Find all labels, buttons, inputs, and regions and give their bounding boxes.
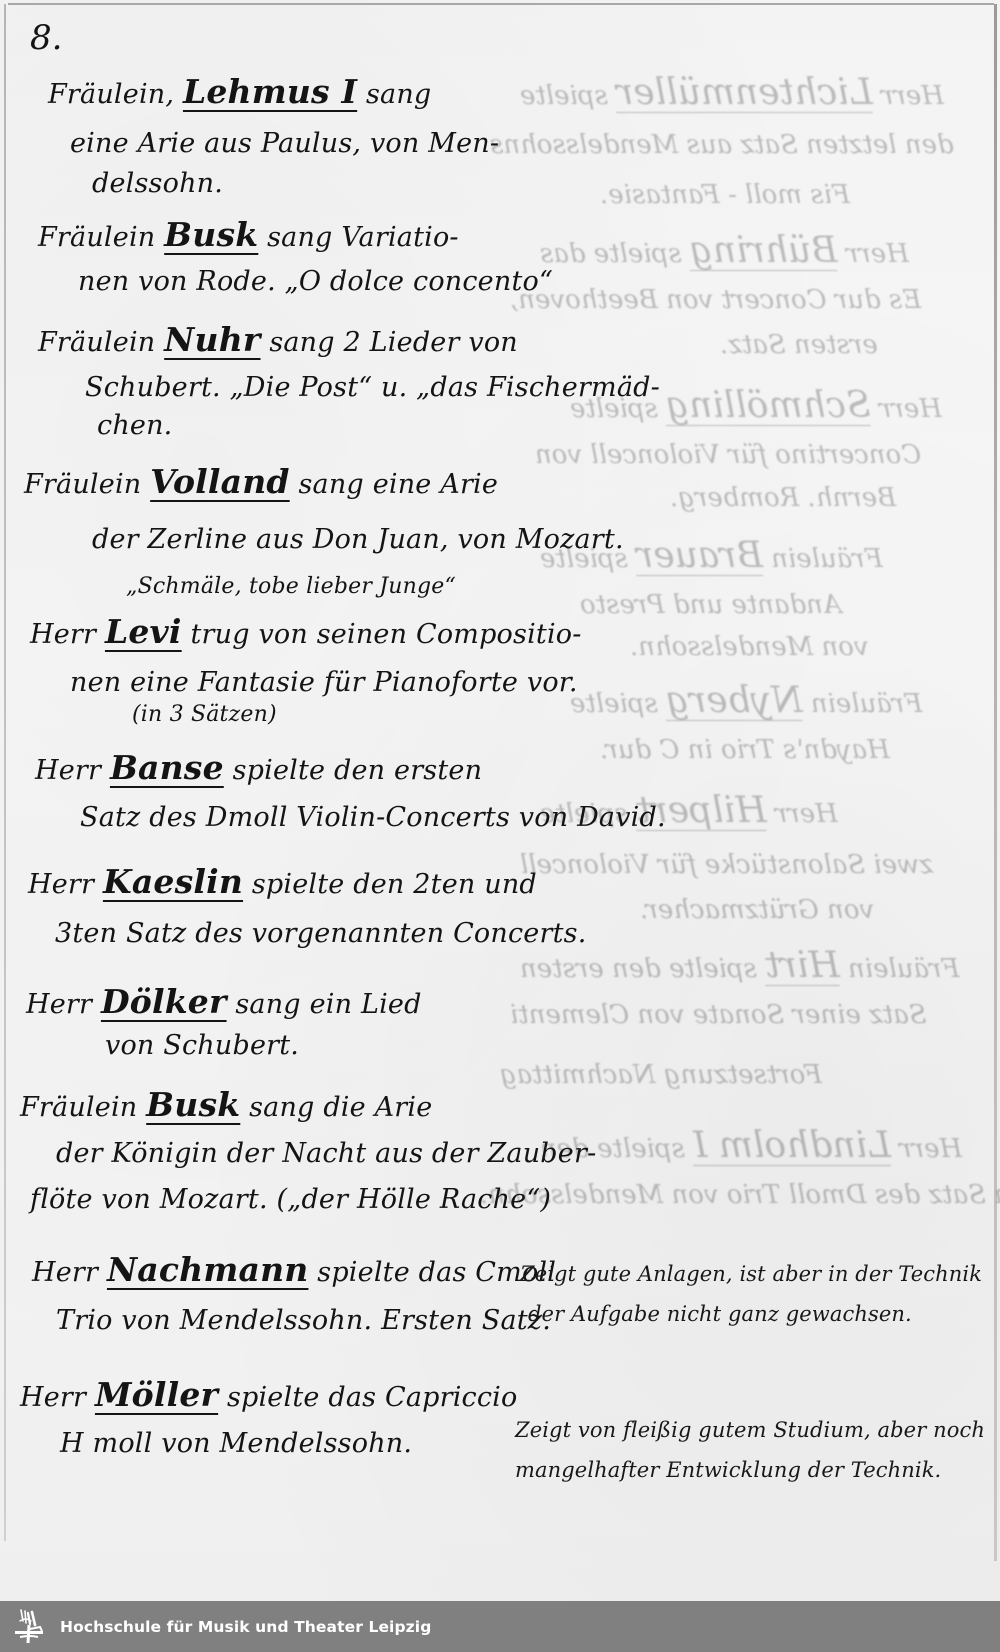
bleed-line: Concertino für Violoncell von [535, 440, 921, 470]
performer-name: Dölker [101, 982, 227, 1021]
performer-name: Levi [105, 612, 182, 651]
performer-name: Lehmus I [183, 72, 357, 111]
bleed-line: Haydn's Trio in C dur. [600, 735, 890, 765]
entry-heading: Herr Dölker sang ein Lied [26, 982, 422, 1021]
annotation-line: der Aufgabe nicht ganz gewachsen. [528, 1302, 912, 1326]
entry-line: H moll von Mendelssohn. [60, 1428, 412, 1459]
performer-name: Busk [164, 215, 258, 254]
bleed-heading: Fortsetzung Nachmittag [500, 1060, 822, 1090]
entry-line: der Zerline aus Don Juan, von Mozart. [92, 524, 624, 555]
performer-name: Kaeslin [103, 862, 243, 901]
entry-title: Herr [30, 619, 96, 650]
bleed-line: Fis moll - Fantasie. [600, 180, 850, 210]
entry-text: trug von seinen Compositio- [190, 619, 581, 650]
entry-title: Fräulein [24, 469, 141, 500]
performer-name: Volland [150, 462, 290, 501]
entry-heading: Herr Banse spielte den ersten [35, 748, 482, 787]
folio-number: 8. [30, 18, 62, 58]
page-edge-right [994, 4, 997, 1561]
performer-name: Nachmann [107, 1250, 309, 1289]
bleed-line: Andante und Presto [580, 590, 842, 620]
entry-title: Herr [20, 1382, 86, 1413]
entry-line: von Schubert. [105, 1030, 299, 1061]
entry-line: Satz des Dmoll Violin-Concerts von David… [80, 802, 666, 833]
entry-text: sang die Arie [249, 1092, 432, 1123]
entry-heading: Fräulein Volland sang eine Arie [24, 462, 498, 501]
entry-text: spielte das Capriccio [227, 1382, 518, 1413]
entry-line: flöte von Mozart. („der Hölle Rache“) [30, 1184, 551, 1215]
entry-title: Fräulein [38, 327, 155, 358]
bleed-entry: Herr Lindholm I spielte den [540, 1125, 962, 1166]
bleed-line: Satz einer Sonate von Clementi [510, 1000, 927, 1030]
performer-name: Banse [110, 748, 224, 787]
annotation-line: mangelhafter Entwicklung der Technik. [515, 1458, 941, 1482]
entry-text: sang 2 Lieder von [269, 327, 518, 358]
entry-heading: Fräulein, Lehmus I sang [48, 72, 431, 111]
entry-title: Herr [28, 869, 94, 900]
entry-text: spielte den ersten [233, 755, 483, 786]
bleed-line: von Grützmacher. [640, 895, 874, 925]
bleed-entry: Herr Lichtenmüller spielte [520, 72, 944, 113]
entry-line: nen von Rode. „O dolce concento“ [78, 266, 553, 297]
entry-heading: Fräulein Nuhr sang 2 Lieder von [38, 320, 518, 359]
entry-heading: Herr Nachmann spielte das Cmoll [32, 1250, 556, 1289]
bleed-entry: Fräulein Nyberg spielte [570, 680, 922, 721]
performer-name: Busk [146, 1085, 240, 1124]
entry-title: Herr [32, 1257, 98, 1288]
entry-line: 3ten Satz des vorgenannten Concerts. [55, 918, 586, 949]
entry-line: Trio von Mendelssohn. Ersten Satz. [56, 1305, 551, 1336]
entry-text: sang [366, 79, 431, 110]
entry-line: Schubert. „Die Post“ u. „das Fischermäd- [85, 372, 660, 403]
entry-title: Fräulein [48, 79, 165, 110]
document-viewer: Herr Lichtenmüller spielte den letzten S… [0, 0, 1000, 1652]
entry-title: Fräulein [20, 1092, 137, 1123]
entry-text: sang ein Lied [235, 989, 421, 1020]
entry-heading: Fräulein Busk sang die Arie [20, 1085, 432, 1124]
entry-heading: Herr Kaeslin spielte den 2ten und [28, 862, 537, 901]
entry-text: spielte den 2ten und [252, 869, 537, 900]
bleed-line: Bernh. Romberg. [670, 483, 896, 513]
performer-name: Möller [95, 1375, 218, 1414]
entry-title: Fräulein [38, 222, 155, 253]
bleed-line: ersten Satz. [720, 330, 878, 360]
entry-line: eine Arie aus Paulus, von Men- [70, 128, 499, 159]
bleed-line: zwei Salonstücke für Violoncell [520, 850, 933, 880]
bleed-line: von Mendelssohn. [630, 632, 869, 662]
bleed-line: ersten Satz des Dmoll Trio von Mendelsso… [480, 1180, 1000, 1210]
entry-line: (in 3 Sätzen) [132, 702, 277, 727]
entry-line: chen. [97, 410, 172, 441]
performer-name: Nuhr [164, 320, 260, 359]
entry-title: Herr [35, 755, 101, 786]
page-edge-left [4, 4, 6, 1541]
entry-heading: Fräulein Busk sang Variatio- [38, 215, 459, 254]
entry-text: sang eine Arie [298, 469, 498, 500]
entry-heading: Herr Levi trug von seinen Compositio- [30, 612, 582, 651]
annotation-line: Zeigt gute Anlagen, ist aber in der Tech… [520, 1262, 982, 1286]
entry-line: nen eine Fantasie für Pianoforte vor. [70, 667, 578, 698]
institution-footer: Hochschule für Musik und Theater Leipzig [0, 1601, 1000, 1652]
entry-line: „Schmäle, tobe lieber Junge“ [126, 574, 456, 599]
bleed-entry: Herr Bühring spielte das [540, 230, 909, 271]
entry-title: Herr [26, 989, 92, 1020]
entry-text: sang Variatio- [267, 222, 459, 253]
bleed-line: den letzten Satz aus Mendelssohns [490, 130, 954, 160]
page-edge-top [8, 3, 994, 5]
bleed-line: Es dur Concert von Beethoven, [510, 285, 921, 315]
entry-line: delssohn. [92, 168, 223, 199]
bleed-entry: Fräulein Hirt spielte den ersten [520, 945, 960, 986]
annotation-line: Zeigt von fleißig gutem Studium, aber no… [515, 1418, 985, 1442]
manuscript-page: Herr Lichtenmüller spielte den letzten S… [0, 0, 1000, 1601]
entry-line: der Königin der Nacht aus der Zauber- [56, 1138, 596, 1169]
institution-name: Hochschule für Musik und Theater Leipzig [60, 1618, 431, 1636]
hmt-leipzig-logo-icon [12, 1607, 46, 1647]
entry-heading: Herr Möller spielte das Capriccio [20, 1375, 517, 1414]
